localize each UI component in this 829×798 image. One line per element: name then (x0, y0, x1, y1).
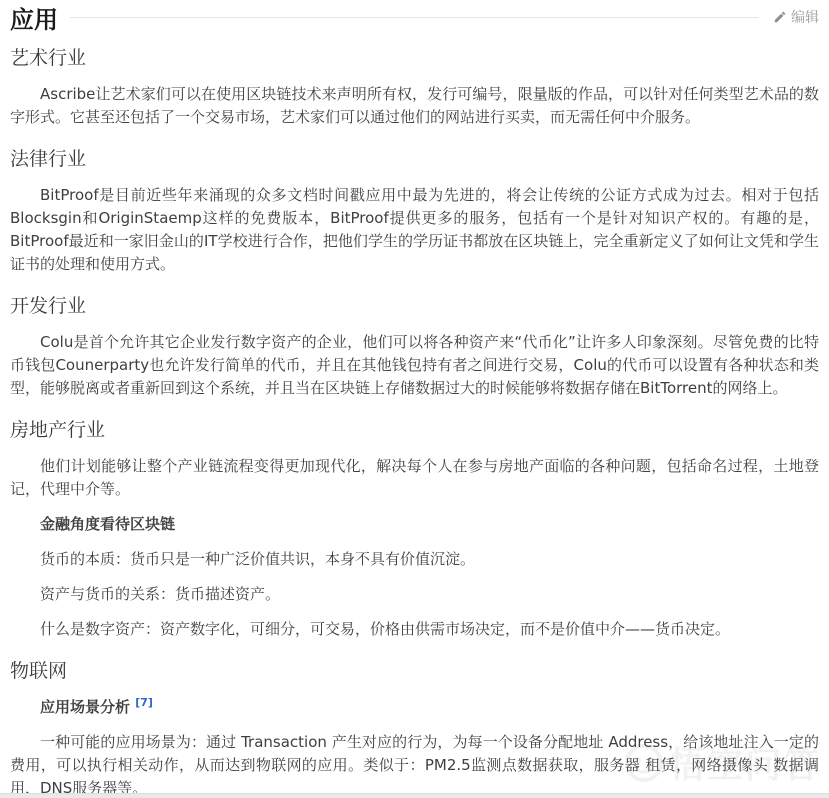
iot-subheading: 应用场景分析 (40, 698, 130, 716)
finance-lead: 金融角度看待区块链 (10, 513, 819, 536)
section-heading-realestate: 房地产行业 (10, 418, 819, 443)
iot-subheading-row: 应用场景分析 [7] (10, 696, 819, 719)
section-heading-law: 法律行业 (10, 147, 819, 172)
finance-paragraph-2: 资产与货币的关系：货币描述资产。 (10, 583, 819, 606)
section-title-row: 应用 编辑 (10, 4, 819, 36)
finance-paragraph-1: 货币的本质：货币只是一种广泛价值共识，本身不具有价值沉淀。 (10, 548, 819, 571)
article-body: 应用 编辑 艺术行业 Ascribe让艺术家们可以在使用区块链技术来声明所有权，… (0, 0, 829, 798)
paragraph-realestate: 他们计划能够让整个产业链流程变得更加现代化，解决每个人在参与房地产面临的各种问题… (10, 455, 819, 501)
paragraph-iot: 一种可能的应用场景为：通过 Transaction 产生对应的行为，为每一个设备… (10, 731, 819, 798)
reference-7-link[interactable]: [7] (135, 696, 153, 709)
reference-sup: [7] (135, 696, 153, 709)
edit-label: 编辑 (791, 7, 819, 27)
bottom-divider (0, 793, 829, 798)
finance-paragraph-3: 什么是数字资产：资产数字化，可细分，可交易，价格由供需市场决定，而不是价值中介—… (10, 618, 819, 641)
section-heading-iot: 物联网 (10, 659, 819, 684)
section-heading-dev: 开发行业 (10, 294, 819, 319)
edit-pencil-icon (773, 10, 787, 24)
paragraph-dev: Colu是首个允许其它企业发行数字资产的企业，他们可以将各种资产来“代币化”让许… (10, 331, 819, 400)
edit-link[interactable]: 编辑 (773, 7, 819, 27)
paragraph-law: BitProof是目前近些年来涌现的众多文档时间戳应用中最为先进的，将会让传统的… (10, 184, 819, 276)
section-heading-art: 艺术行业 (10, 46, 819, 71)
paragraph-art: Ascribe让艺术家们可以在使用区块链技术来声明所有权，发行可编号，限量版的作… (10, 83, 819, 129)
heading-rule (70, 17, 759, 18)
page-title: 应用 (10, 4, 58, 36)
